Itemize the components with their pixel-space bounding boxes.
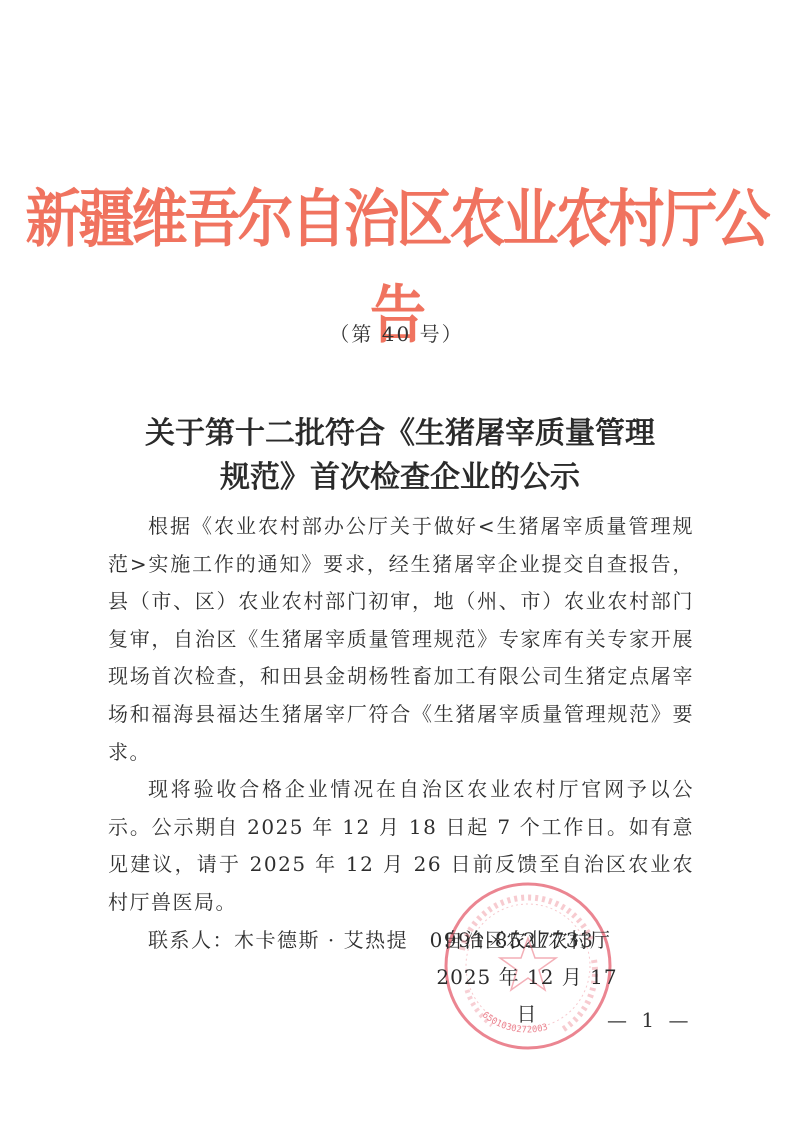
page-number: — 1 — <box>607 1008 692 1032</box>
signature-block: 自治区农业农村厅 2025 年 12 月 17 日 <box>432 922 622 1033</box>
subject-line-2: 规范》首次检查企业的公示 <box>130 456 670 500</box>
subject-line-1: 关于第十二批符合《生猪屠宰质量管理 <box>130 412 670 456</box>
document-page: 新疆维吾尔自治区农业农村厅公告 （第 40 号） 关于第十二批符合《生猪屠宰质量… <box>0 0 793 1122</box>
signature-issuer: 自治区农业农村厅 <box>432 922 622 959</box>
document-subject: 关于第十二批符合《生猪屠宰质量管理 规范》首次检查企业的公示 <box>130 412 670 500</box>
signature-date: 2025 年 12 月 17 日 <box>432 959 622 1033</box>
document-number: （第 40 号） <box>0 318 793 347</box>
body-paragraph-basis: 根据《农业农村部办公厅关于做好<生猪屠宰质量管理规范>实施工作的通知》要求，经生… <box>108 508 694 771</box>
